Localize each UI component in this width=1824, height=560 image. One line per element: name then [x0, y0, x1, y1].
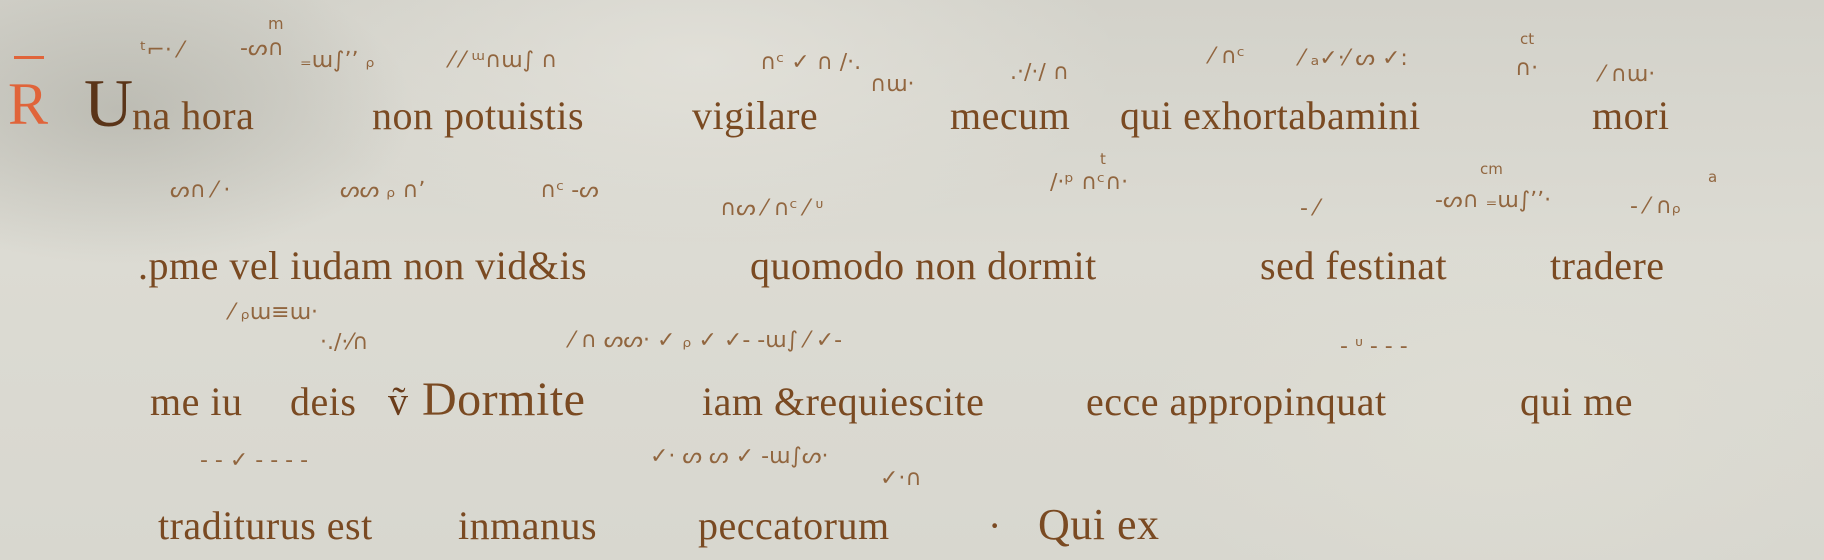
word: peccatorum [698, 502, 890, 549]
neume-letter-m: m [268, 14, 284, 33]
word: inmanus [458, 502, 597, 549]
word: sed festinat [1260, 242, 1447, 289]
rubric-initial-R: R [8, 70, 48, 139]
neume: ∩ᶜ ✓ ∩ ∕·. [760, 50, 861, 75]
word: ecce appropinquat [1086, 378, 1387, 425]
neume: ⁄ ᵨɯ≡ɯ· [230, 300, 318, 325]
neume-letter-cm: cm [1480, 160, 1503, 178]
neume: ‐ ᶸ ‐ ‐ ‐ [1340, 334, 1408, 359]
neume-letter-a: a [1708, 168, 1717, 186]
neume-letter-t: t [1100, 150, 1106, 168]
neume: ‐ᔕ∩ ₌ɯ∫ʼʼ· [1435, 188, 1551, 213]
neume: ⁄ ∩ᶜ [1210, 44, 1245, 69]
word: tradere [1550, 242, 1665, 289]
neume: ⁄ ₐ✓·⁄ ᔕ ✓: [1300, 46, 1408, 71]
neume: ✓·∩ [880, 466, 922, 491]
neume: ⁄ ∩ ᔕᔕ· ✓ ᵨ ✓ ✓‐ ‐ɯ∫ ⁄ ✓‐ [570, 328, 842, 353]
punctus: · [988, 502, 1002, 549]
neume: ∩ᶜ ‐ᔕ [540, 178, 599, 203]
word: qui me [1520, 378, 1633, 425]
word: deis [290, 378, 356, 425]
neume: ᵗ⌐· ⁄ [140, 38, 183, 63]
word: traditurus est [158, 502, 373, 549]
neume: ∩· [1515, 56, 1538, 81]
neume: ‐ ‐ ✓ ‐ ‐ ‐ ‐ [200, 448, 308, 473]
word: quomodo non dormit [750, 242, 1097, 289]
neume: ∩ɯ· [870, 72, 915, 97]
neume: ⁄ ∩ɯ· [1600, 62, 1655, 87]
word: mecum [950, 92, 1070, 139]
neume: ⁄ ⁄ ᵚ∩ɯ∫ ∩ [450, 48, 557, 73]
neume: ∩ᔕ ⁄ ∩ᶜ ⁄ ᶸ [720, 196, 823, 221]
word: iam &requiescite [702, 378, 984, 425]
neume: ᔕᔕ ᵨ ∩ʼ [340, 178, 425, 203]
neume: ‐ᔕ∩ [240, 36, 284, 61]
word: Qui ex [1038, 499, 1160, 550]
word: me iu [150, 378, 242, 425]
neume: .·∕·∕ ∩ [1010, 60, 1069, 85]
decorated-initial-U: U [84, 64, 133, 143]
word: non potuistis [372, 92, 584, 139]
word: qui exhortabamini [1120, 92, 1421, 139]
rubric-abbreviation-bar [14, 56, 44, 59]
neume: ‐ ⁄ [1300, 196, 1319, 221]
neume: ‐ ⁄ ∩ᵨ [1630, 194, 1681, 219]
word: mori [1592, 92, 1670, 139]
word: na hora [132, 92, 254, 139]
versicle-mark: ṽ [388, 378, 409, 425]
neume-letter-ct: ct [1520, 30, 1534, 48]
neume: ₌ɯ∫ʼʼ ᵨ [300, 48, 375, 73]
word: Dormite [422, 372, 585, 427]
neume: ·.∕·⁄∩ [320, 330, 368, 355]
word: vigilare [692, 92, 818, 139]
neume: ∕·ᵖ ∩ᶜ∩· [1050, 170, 1128, 195]
neume: ✓· ᔕ ᔕ ✓ ‐ɯ∫ᔕ· [650, 444, 829, 469]
word: .pme vel iudam non vid&is [138, 242, 587, 289]
neume: ᔕ∩ ⁄ · [170, 178, 230, 203]
